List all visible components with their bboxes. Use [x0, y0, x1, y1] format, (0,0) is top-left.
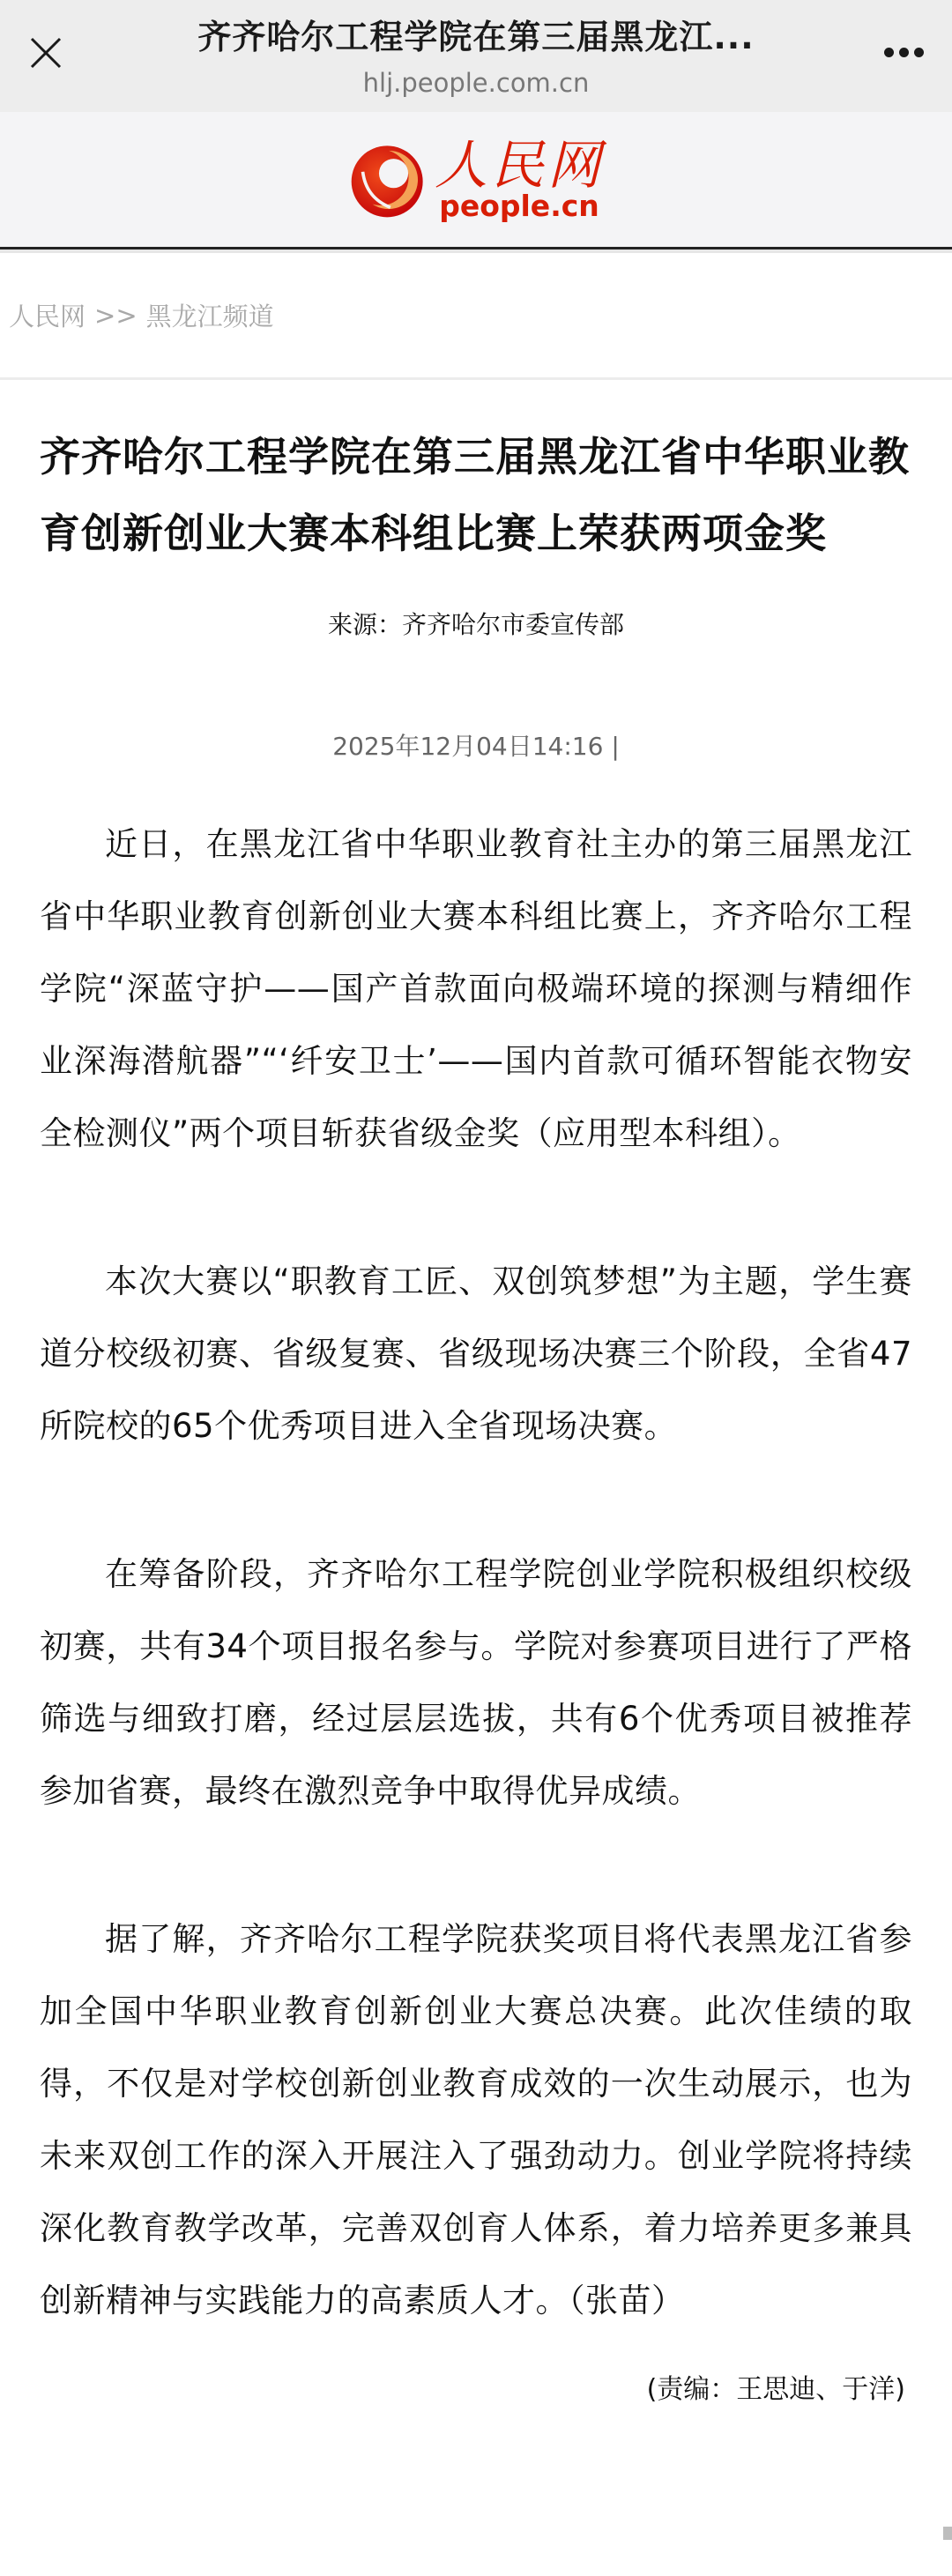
article-paragraph: 据了解，齐齐哈尔工程学院获奖项目将代表黑龙江省参加全国中华职业教育创新创业大赛总…	[40, 1903, 912, 2337]
article-datetime: 2025年12月04日14:16 |	[40, 729, 912, 764]
article-paragraph: 在筹备阶段，齐齐哈尔工程学院创业学院积极组织校级初赛，共有34个项目报名参与。学…	[40, 1538, 912, 1828]
article: 齐齐哈尔工程学院在第三届黑龙江省中华职业教育创新创业大赛本科组比赛上荣获两项金奖…	[0, 419, 952, 2416]
browser-top-bar: 齐齐哈尔工程学院在第三届黑龙江... hlj.people.com.cn	[0, 0, 952, 112]
more-dots-icon	[884, 48, 894, 57]
breadcrumb-item-home[interactable]: 人民网	[9, 297, 86, 333]
more-dots-icon	[899, 48, 909, 57]
people-cn-logo[interactable]: 人民网 people.cn	[348, 138, 604, 221]
breadcrumb: 人民网 >> 黑龙江频道	[0, 253, 952, 380]
article-headline: 齐齐哈尔工程学院在第三届黑龙江省中华职业教育创新创业大赛本科组比赛上荣获两项金奖	[40, 419, 912, 572]
article-paragraph: 近日，在黑龙江省中华职业教育社主办的第三届黑龙江省中华职业教育创新创业大赛本科组…	[40, 808, 912, 1170]
site-header: 人民网 people.cn	[0, 112, 952, 249]
breadcrumb-separator: >>	[94, 301, 138, 331]
article-body: 近日，在黑龙江省中华职业教育社主办的第三届黑龙江省中华职业教育创新创业大赛本科组…	[40, 808, 912, 2337]
page-title: 齐齐哈尔工程学院在第三届黑龙江...	[123, 14, 829, 60]
more-dots-icon	[914, 48, 924, 57]
close-icon	[28, 35, 63, 71]
breadcrumb-item-heilongjiang[interactable]: 黑龙江频道	[146, 297, 274, 333]
page-url: hlj.people.com.cn	[0, 67, 952, 99]
logo-sphere-icon	[348, 139, 429, 220]
logo-chinese-text: 人民网	[435, 138, 604, 193]
article-editor: (责编：王思迪、于洋)	[40, 2364, 912, 2416]
article-source: 来源：齐齐哈尔市委宣传部	[40, 607, 912, 643]
more-options-button[interactable]	[873, 30, 934, 74]
article-paragraph: 本次大赛以“职教育工匠、双创筑梦想”为主题，学生赛道分校级初赛、省级复赛、省级现…	[40, 1246, 912, 1463]
logo-english-text: people.cn	[439, 191, 599, 221]
scrollbar-thumb[interactable]	[943, 2527, 952, 2540]
